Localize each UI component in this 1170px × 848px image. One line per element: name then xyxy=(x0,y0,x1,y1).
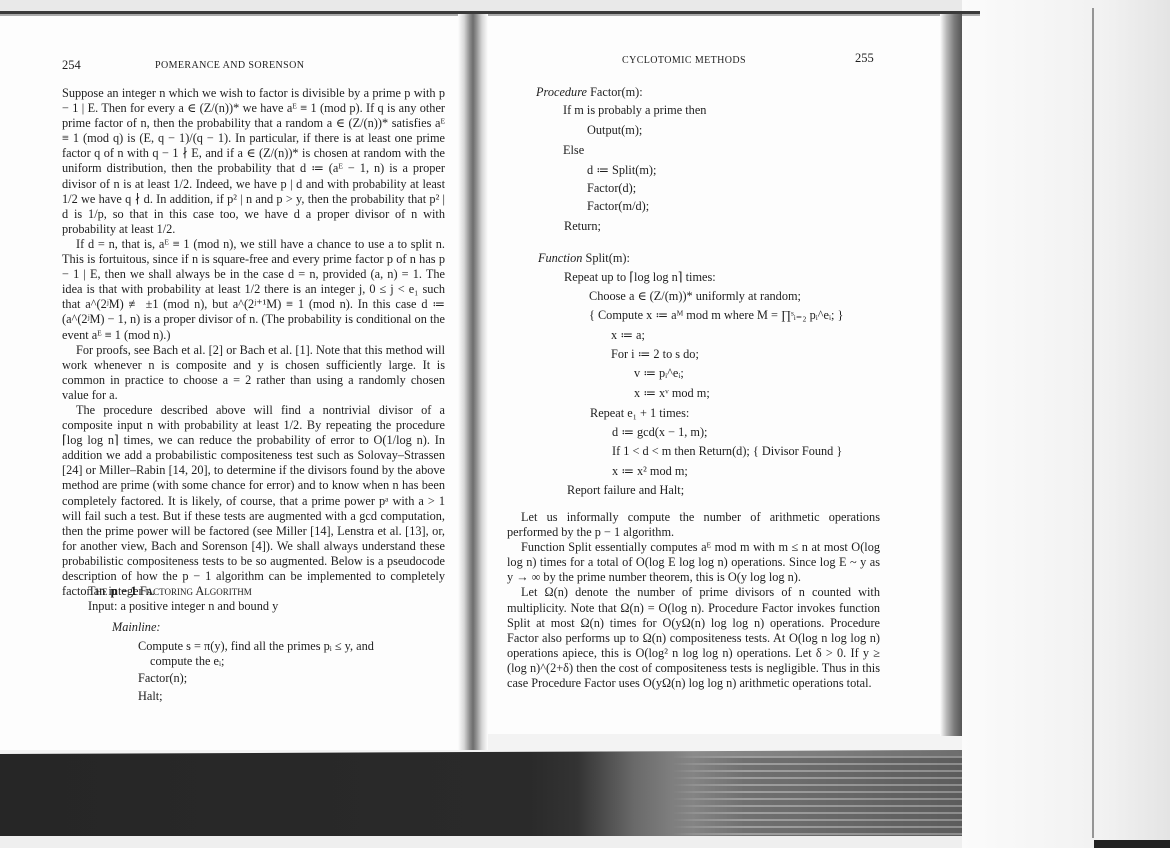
paragraph: Let us informally compute the number of … xyxy=(507,510,880,540)
code-line: compute the eᵢ; xyxy=(150,654,448,669)
next-page-edge xyxy=(962,0,1170,848)
next-page-shadow xyxy=(1094,840,1170,848)
algorithm-input: Input: a positive integer n and bound y xyxy=(88,599,448,614)
code-line: Else xyxy=(563,143,584,158)
paragraph: Function Split essentially computes aᴱ m… xyxy=(507,540,880,585)
code-line: Factor(n); xyxy=(138,671,448,686)
code-line: Compute s = π(y), find all the primes pᵢ… xyxy=(138,639,448,654)
procedure-header: Procedure Factor(m): xyxy=(536,85,643,100)
code-line: v ≔ pᵢ^eᵢ; xyxy=(634,366,684,381)
code-line: x ≔ a; xyxy=(611,328,645,343)
code-line: x ≔ xᵛ mod m; xyxy=(634,386,710,401)
code-line: x ≔ x² mod m; xyxy=(612,464,688,479)
code-line: { Compute x ≔ aᴹ mod m where M = ∏ˢᵢ₌₂ p… xyxy=(589,308,843,323)
code-line: Factor(d); xyxy=(587,181,636,196)
code-line: Output(m); xyxy=(587,123,642,138)
code-line: If 1 < d < m then Return(d); { Divisor F… xyxy=(612,444,842,459)
mainline-label: Mainline: xyxy=(112,620,448,635)
code-line: Halt; xyxy=(138,689,448,704)
paragraph: Let Ω(n) denote the number of prime divi… xyxy=(507,585,880,691)
code-line: Repeat e₁ + 1 times: xyxy=(590,406,689,421)
code-line: Choose a ∈ (Z/(m))* uniformly at random; xyxy=(589,289,801,304)
code-line: For i ≔ 2 to s do; xyxy=(611,347,699,362)
code-line: Return; xyxy=(564,219,601,234)
code-line: d ≔ Split(m); xyxy=(587,163,656,178)
code-line: Factor(m/d); xyxy=(587,199,649,214)
function-header: Function Split(m): xyxy=(538,251,630,266)
code-line: d ≔ gcd(x − 1, m); xyxy=(612,425,707,440)
scan-bottom-margin xyxy=(0,836,962,848)
procedure-factor: Procedure Factor(m): If m is probably a … xyxy=(0,0,960,520)
code-line: Report failure and Halt; xyxy=(567,483,684,498)
code-line: Repeat up to ⌈log log n⌉ times: xyxy=(564,270,716,285)
next-page-edge-line xyxy=(1092,8,1094,838)
page-stack-lines xyxy=(600,756,962,836)
algorithm-block: The p − 1 Factoring Algorithm Input: a p… xyxy=(88,584,448,704)
code-line: If m is probably a prime then xyxy=(563,103,706,118)
algorithm-title: The p − 1 Factoring Algorithm xyxy=(88,584,448,599)
right-body-text: Let us informally compute the number of … xyxy=(507,510,880,691)
